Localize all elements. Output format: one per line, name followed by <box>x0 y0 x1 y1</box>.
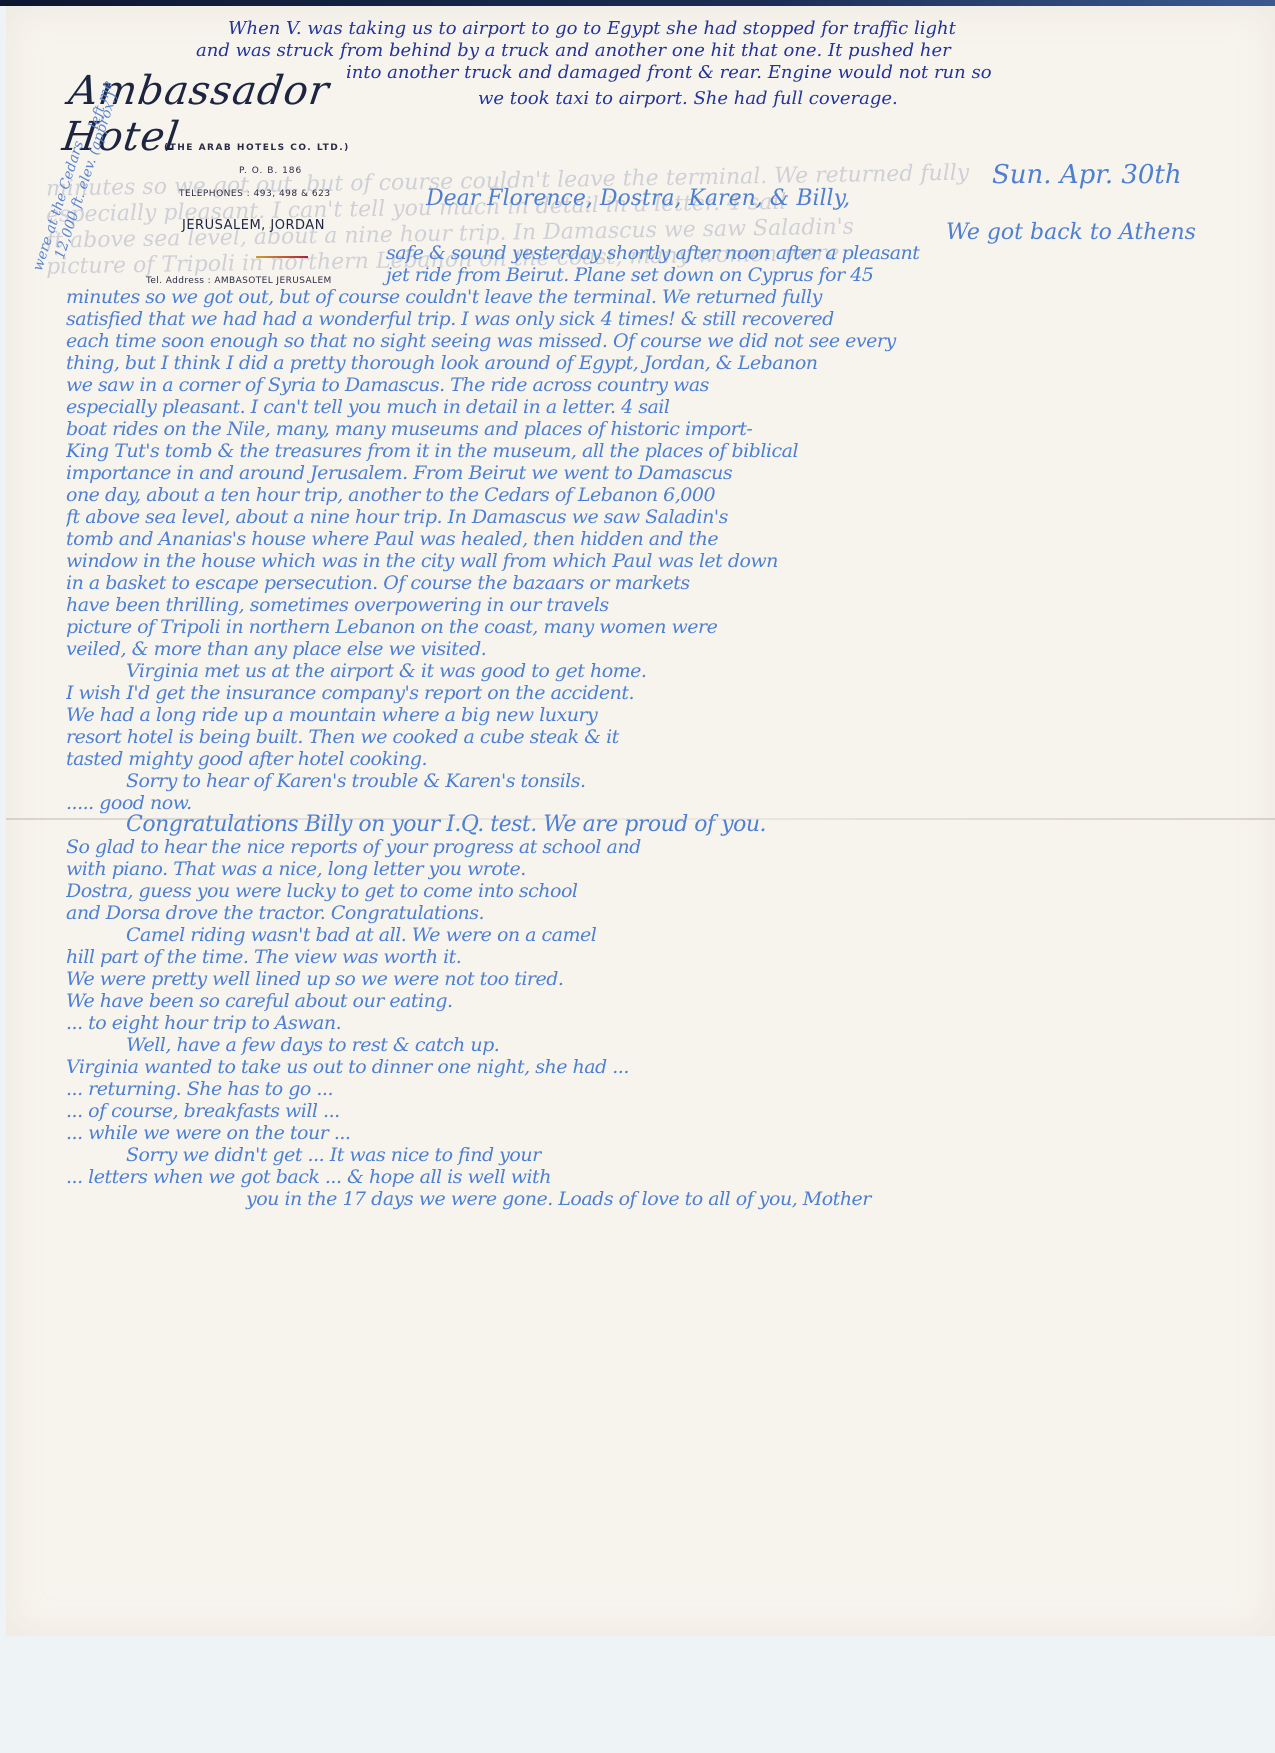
letter-line: veiled, & more than any place else we vi… <box>66 638 1275 660</box>
letter-line: ... of course, breakfasts will ... <box>66 1100 1275 1122</box>
letter-line: I wish I'd get the insurance company's r… <box>66 682 1275 704</box>
letter-line: we saw in a corner of Syria to Damascus.… <box>66 374 1275 396</box>
letter-line: We have been so careful about our eating… <box>66 990 1275 1012</box>
letter-line: minutes so we got out, but of course cou… <box>66 286 1275 308</box>
letter-line: Dostra, guess you were lucky to get to c… <box>66 880 1275 902</box>
letter-line: tasted mighty good after hotel cooking. <box>66 748 1275 770</box>
letter-line: resort hotel is being built. Then we coo… <box>66 726 1275 748</box>
letter-line: Virginia met us at the airport & it was … <box>66 660 1275 682</box>
letter-line: especially pleasant. I can't tell you mu… <box>66 396 1275 418</box>
hotel-city: JERUSALEM, JORDAN <box>182 218 325 233</box>
telephone-numbers: TELEPHONES : 493, 498 & 623 <box>179 189 331 199</box>
letter-line: hill part of the time. The view was wort… <box>66 946 1275 968</box>
letter-sheet: minutes so we got out, but of course cou… <box>6 6 1275 1636</box>
letter-line: ..... good now. <box>66 792 1275 814</box>
letter-line: Virginia wanted to take us out to dinner… <box>66 1056 1275 1078</box>
letter-line: one day, about a ten hour trip, another … <box>66 484 1275 506</box>
letter-line: thing, but I think I did a pretty thorou… <box>66 352 1275 374</box>
letter-line: ft above sea level, about a nine hour tr… <box>66 506 1275 528</box>
letter-line: have been thrilling, sometimes overpower… <box>66 594 1275 616</box>
paper-fold-crease <box>6 818 1275 820</box>
company-name: (THE ARAB HOTELS CO. LTD.) <box>164 143 350 153</box>
letter-line: King Tut's tomb & the treasures from it … <box>66 440 1275 462</box>
letter-line: boat rides on the Nile, many, many museu… <box>66 418 1275 440</box>
letter-line: importance in and around Jerusalem. From… <box>66 462 1275 484</box>
letter-body: safe & sound yesterday shortly after noo… <box>66 242 1275 1210</box>
letter-line: ... while we were on the tour ... <box>66 1122 1275 1144</box>
letter-line: jet ride from Beirut. Plane set down on … <box>66 264 1275 286</box>
letter-line: with piano. That was a nice, long letter… <box>66 858 1275 880</box>
letter-line: ... to eight hour trip to Aswan. <box>66 1012 1275 1034</box>
letter-line: Camel riding wasn't bad at all. We were … <box>66 924 1275 946</box>
po-box: P. O. B. 186 <box>239 166 302 176</box>
letter-signoff: you in the 17 days we were gone. Loads o… <box>66 1188 1275 1210</box>
letter-line: picture of Tripoli in northern Lebanon o… <box>66 616 1275 638</box>
letter-line: satisfied that we had had a wonderful tr… <box>66 308 1275 330</box>
letter-line: We were pretty well lined up so we were … <box>66 968 1275 990</box>
letter-line: ... returning. She has to go ... <box>66 1078 1275 1100</box>
letter-line: and Dorsa drove the tractor. Congratulat… <box>66 902 1275 924</box>
letter-line: safe & sound yesterday shortly after noo… <box>66 242 1275 264</box>
letter-line: Sorry we didn't get ... It was nice to f… <box>66 1144 1275 1166</box>
letter-line: Well, have a few days to rest & catch up… <box>66 1034 1275 1056</box>
letter-line: So glad to hear the nice reports of your… <box>66 836 1275 858</box>
letter-line: in a basket to escape persecution. Of co… <box>66 572 1275 594</box>
top-note-line: we took taxi to airport. She had full co… <box>478 88 898 109</box>
letter-line: tomb and Ananias's house where Paul was … <box>66 528 1275 550</box>
letter-line: Sorry to hear of Karen's trouble & Karen… <box>66 770 1275 792</box>
letter-line: ... letters when we got back ... & hope … <box>66 1166 1275 1188</box>
letter-line: window in the house which was in the cit… <box>66 550 1275 572</box>
letter-line: each time soon enough so that no sight s… <box>66 330 1275 352</box>
letter-line: We had a long ride up a mountain where a… <box>66 704 1275 726</box>
